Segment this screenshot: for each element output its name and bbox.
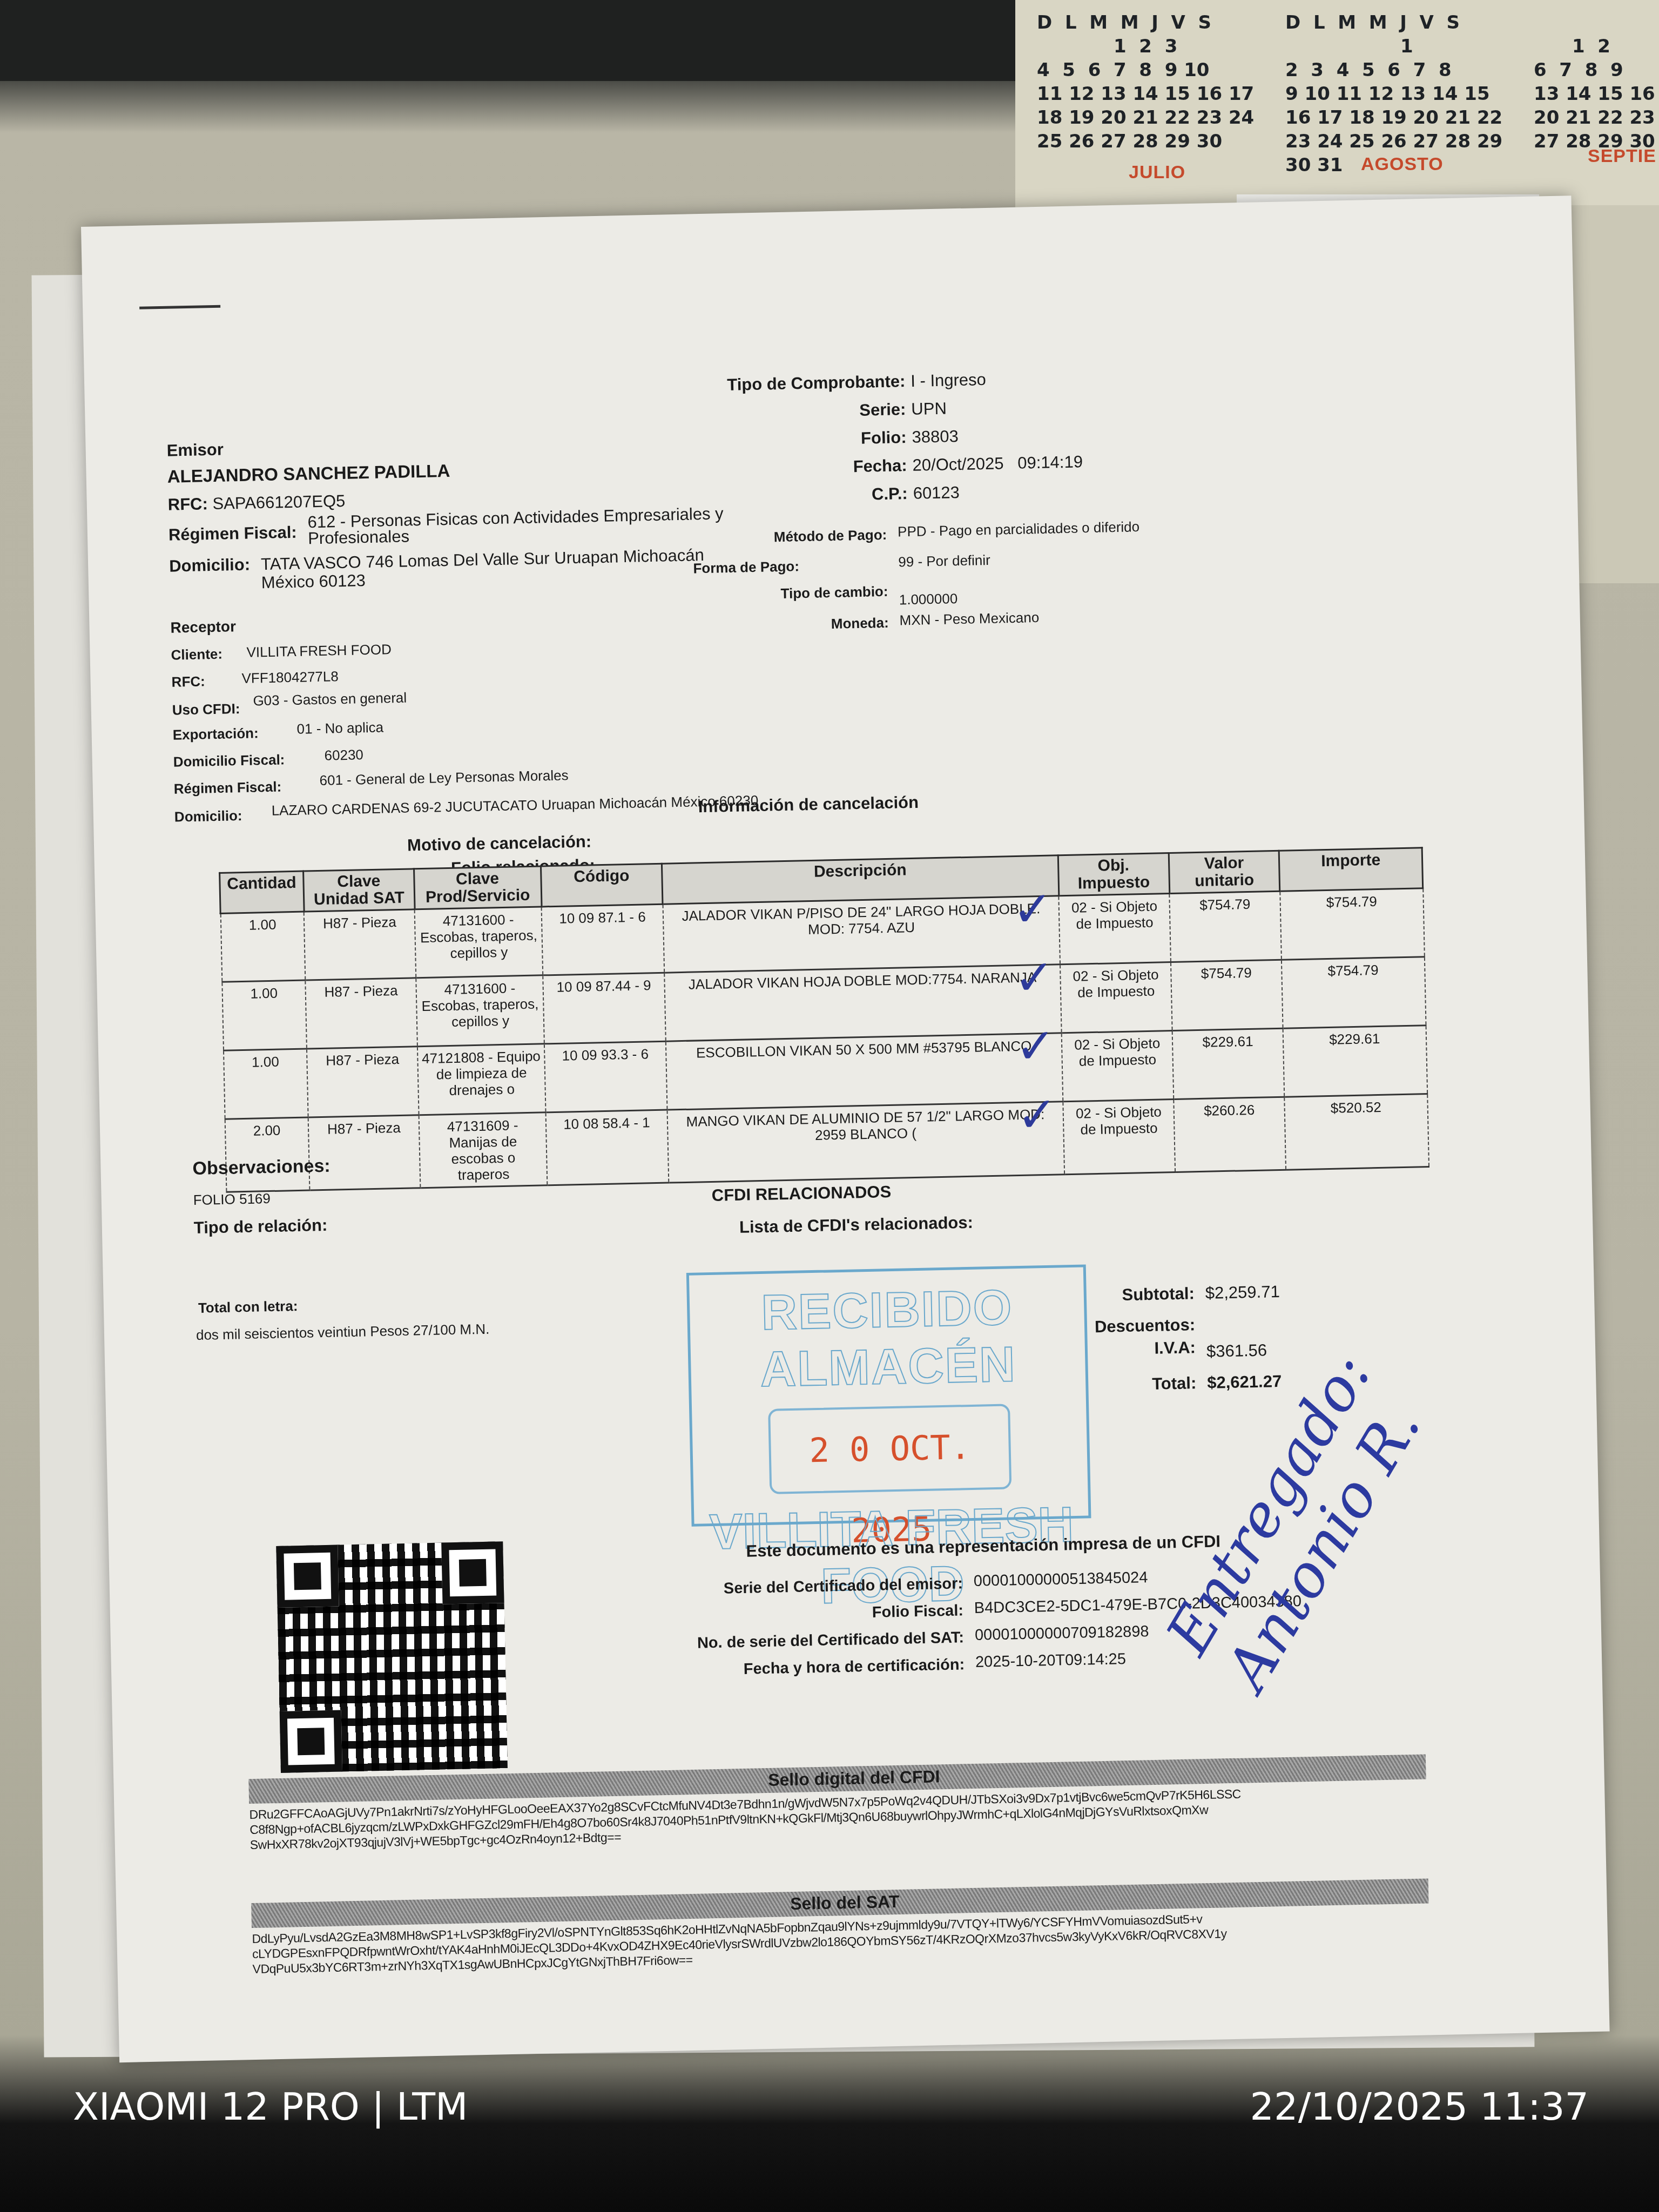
invoice-document: Tipo de Comprobante: I - Ingreso Serie: …: [81, 195, 1610, 2062]
dash-mark: [139, 305, 220, 309]
wall-calendar: D L M M J V S 1 2 3 4 5 6 7 8 9 10 11 12…: [1015, 0, 1659, 227]
cell-descripcion: JALADOR VIKAN HOJA DOBLE MOD:7754. NARAN…: [664, 965, 1062, 1041]
qr-finder-bottom-left: [280, 1710, 342, 1773]
tipo-relacion-label: Tipo de relación:: [193, 1216, 327, 1238]
cliente-label: Cliente:: [171, 645, 222, 664]
handwritten-signature: Entregado: Antonio R.: [1153, 1245, 1501, 1701]
domicilio-fiscal-value: 60230: [324, 746, 363, 764]
total-label: Total:: [1067, 1373, 1197, 1395]
cell-valor-unitario: $754.79: [1171, 960, 1283, 1030]
total-value: $2,621.27: [1207, 1372, 1282, 1393]
cell-valor-unitario: $754.79: [1169, 891, 1281, 962]
iva-label: I.V.A:: [1066, 1338, 1196, 1360]
receptor-regimen-value: 601 - General de Ley Personas Morales: [319, 766, 569, 789]
exportacion-label: Exportación:: [172, 724, 259, 743]
cell-obj-impuesto: 02 - Si Objeto de Impuesto: [1062, 1031, 1174, 1102]
emisor-regimen-label: Régimen Fiscal:: [168, 523, 297, 545]
cell-importe: $229.61: [1283, 1026, 1427, 1097]
serie-sat-label: No. de serie del Certificado del SAT:: [597, 1629, 965, 1654]
cell-clave-prod: 47131609 - Manijas de escobas o traperos: [419, 1112, 548, 1188]
cfdi-relacionados-heading: CFDI RELACIONADOS: [711, 1182, 891, 1205]
tipo-cambio-label: Tipo de cambio:: [693, 583, 888, 604]
cell-cantidad: 2.00: [225, 1117, 310, 1192]
cell-cantidad: 1.00: [220, 912, 306, 982]
cell-clave-unidad: H87 - Pieza: [308, 1115, 421, 1190]
receptor-rfc-value: VFF1804277L8: [241, 667, 339, 687]
cell-cantidad: 1.00: [222, 980, 307, 1050]
stamp-date: 2 0 OCT. 2025: [768, 1404, 1011, 1494]
calendar-month-september: SEPTIE: [1588, 146, 1656, 167]
emisor-domicilio-line1: TATA VASCO 746 Lomas Del Valle Sur Uruap…: [261, 545, 704, 574]
checkmark-icon: ✓: [1014, 970, 1055, 987]
observaciones-value: FOLIO 5169: [193, 1190, 271, 1209]
emisor-name: ALEJANDRO SANCHEZ PADILLA: [167, 461, 450, 487]
exportacion-value: 01 - No aplica: [296, 718, 383, 737]
cliente-value: VILLITA FRESH FOOD: [246, 640, 392, 661]
subtotal-value: $2,259.71: [1205, 1282, 1280, 1303]
calendar-month-july: JULIO: [1129, 162, 1185, 183]
cell-clave-prod: 47121808 - Equipo de limpieza de drenaje…: [417, 1044, 546, 1115]
cp-label: C.P.:: [872, 484, 908, 503]
sello-sat-heading: Sello del SAT: [790, 1892, 900, 1914]
emisor-domicilio-line2: México 60123: [261, 571, 366, 592]
receptor-heading: Receptor: [170, 618, 236, 637]
cell-clave-unidad: H87 - Pieza: [304, 909, 416, 980]
tipo-cambio-value: 1.000000: [899, 590, 957, 608]
folio-label: Folio:: [861, 428, 907, 448]
calendar-month-august: AGOSTO: [1361, 154, 1444, 175]
descuentos-label: Descuentos:: [1065, 1315, 1196, 1337]
checkmark-icon: ✓: [1016, 1107, 1057, 1124]
cell-codigo: 10 09 87.1 - 6: [542, 904, 664, 975]
cell-valor-unitario: $229.61: [1172, 1028, 1284, 1099]
cell-importe: $520.52: [1284, 1094, 1428, 1170]
serie-sat-value: 00001000000709182898: [975, 1623, 1149, 1644]
receptor-domicilio-label: Domicilio:: [174, 807, 242, 826]
fecha-value: 20/Oct/2025 09:14:19: [912, 452, 1083, 475]
uso-cfdi-label: Uso CFDI:: [172, 700, 240, 719]
metodo-pago-value: PPD - Pago en parcialidades o diferido: [898, 518, 1140, 540]
col-clave-unidad: Clave Unidad SAT: [304, 869, 415, 912]
moneda-value: MXN - Peso Mexicano: [899, 609, 1039, 629]
cell-obj-impuesto: 02 - Si Objeto de Impuesto: [1063, 1099, 1176, 1174]
cell-obj-impuesto: 02 - Si Objeto de Impuesto: [1060, 962, 1172, 1033]
total-letra-value: dos mil seiscientos veintiun Pesos 27/10…: [196, 1320, 490, 1344]
forma-pago-value: 99 - Por definir: [898, 551, 990, 571]
cancelacion-heading: Información de cancelación: [698, 793, 919, 817]
serie-emisor-value: 00001000000513845024: [974, 1569, 1148, 1590]
qr-finder-top-left: [276, 1545, 339, 1608]
cell-codigo: 10 09 93.3 - 6: [544, 1041, 667, 1112]
qr-code: [276, 1541, 508, 1773]
metodo-pago-label: Método de Pago:: [692, 526, 887, 548]
cell-clave-prod: 47131600 - Escobas, traperos, cepillos y: [416, 975, 544, 1047]
fecha-certificacion-label: Fecha y hora de certificación:: [597, 1656, 965, 1681]
calendar-july-grid: D L M M J V S 1 2 3 4 5 6 7 8 9 10 11 12…: [1037, 11, 1254, 153]
calendar-september-grid: 1 2 6 7 8 9 13 14 15 16 20 21 22 23 27 2…: [1534, 11, 1655, 153]
cell-descripcion: MANGO VIKAN DE ALUMINIO DE 57 1/2" LARGO…: [667, 1102, 1064, 1183]
cell-clave-unidad: H87 - Pieza: [306, 978, 417, 1049]
emisor-regimen-line2: Profesionales: [308, 527, 410, 548]
calendar-august-grid: D L M M J V S 1 2 3 4 5 6 7 8 9 10 11 12…: [1285, 11, 1502, 177]
camera-model: XIAOMI 12 PRO | LTM: [73, 2085, 468, 2129]
checkmark-icon: ✓: [1015, 1038, 1056, 1056]
folio-fiscal-label: Folio Fiscal:: [596, 1602, 964, 1627]
observaciones-label: Observaciones:: [192, 1156, 331, 1178]
cell-cantidad: 1.00: [224, 1049, 309, 1119]
cp-value: 60123: [913, 483, 960, 503]
emisor-rfc-value: SAPA661207EQ5: [212, 491, 346, 513]
domicilio-fiscal-label: Domicilio Fiscal:: [173, 751, 285, 770]
tipo-comprobante-value: I - Ingreso: [911, 370, 986, 391]
col-obj-impuesto: Obj. Impuesto: [1058, 853, 1169, 896]
col-cantidad: Cantidad: [220, 871, 304, 913]
fecha-label: Fecha:: [853, 456, 907, 476]
receptor-regimen-label: Régimen Fiscal:: [173, 778, 281, 797]
items-table: Cantidad Clave Unidad SAT Clave Prod/Ser…: [219, 847, 1429, 1193]
cell-importe: $754.79: [1282, 957, 1426, 1029]
col-valor-unitario: Valor unitario: [1169, 851, 1280, 893]
keyboard-background: [0, 0, 1015, 81]
motivo-cancelacion-label: Motivo de cancelación:: [407, 832, 592, 855]
subtotal-label: Subtotal:: [1064, 1284, 1195, 1306]
col-importe: Importe: [1279, 848, 1423, 892]
cell-codigo: 10 09 87.44 - 9: [543, 973, 665, 1044]
serie-value: UPN: [911, 399, 947, 419]
receptor-rfc-label: RFC:: [171, 672, 205, 690]
emisor-heading: Emisor: [166, 440, 224, 461]
moneda-label: Moneda:: [694, 614, 889, 636]
cell-descripcion: ESCOBILLON VIKAN 50 X 500 MM #53795 BLAN…: [666, 1033, 1063, 1110]
stamp-line-1: RECIBIDO ALMACÉN: [689, 1278, 1085, 1400]
forma-pago-label: Forma de Pago:: [693, 557, 799, 577]
received-stamp: RECIBIDO ALMACÉN 2 0 OCT. 2025 VILLITA F…: [686, 1264, 1091, 1526]
cell-codigo: 10 08 58.4 - 1: [546, 1110, 669, 1185]
cell-clave-unidad: H87 - Pieza: [307, 1047, 419, 1117]
folio-value: 38803: [912, 427, 959, 447]
tipo-comprobante-label: Tipo de Comprobante:: [727, 372, 906, 394]
photo-timestamp: 22/10/2025 11:37: [1250, 2085, 1589, 2129]
sello-cfdi-heading: Sello digital del CFDI: [768, 1766, 940, 1790]
emisor-rfc-label: RFC:: [167, 494, 208, 514]
cell-descripcion: JALADOR VIKAN P/PISO DE 24" LARGO HOJA D…: [663, 896, 1060, 973]
cell-importe: $754.79: [1280, 888, 1424, 960]
uso-cfdi-value: G03 - Gastos en general: [253, 689, 407, 710]
cell-obj-impuesto: 02 - Si Objeto de Impuesto: [1059, 894, 1171, 965]
emisor-domicilio-label: Domicilio:: [169, 555, 251, 576]
cell-valor-unitario: $260.26: [1174, 1097, 1286, 1172]
total-letra-label: Total con letra:: [198, 1297, 298, 1317]
col-codigo: Código: [541, 864, 663, 907]
qr-finder-top-right: [441, 1541, 504, 1604]
checkmark-icon: ✓: [1012, 901, 1053, 919]
fecha-certificacion-value: 2025-10-20T09:14:25: [975, 1650, 1127, 1671]
cell-clave-prod: 47131600 - Escobas, traperos, cepillos y: [415, 907, 543, 978]
col-clave-prod: Clave Prod/Servicio: [414, 866, 541, 909]
receptor-domicilio-value: LAZARO CARDENAS 69-2 JUCUTACATO Uruapan …: [271, 792, 758, 819]
cfdi-relacionados-list-label: Lista de CFDI's relacionados:: [739, 1213, 974, 1237]
serie-label: Serie:: [859, 400, 906, 420]
iva-value: $361.56: [1206, 1340, 1267, 1361]
